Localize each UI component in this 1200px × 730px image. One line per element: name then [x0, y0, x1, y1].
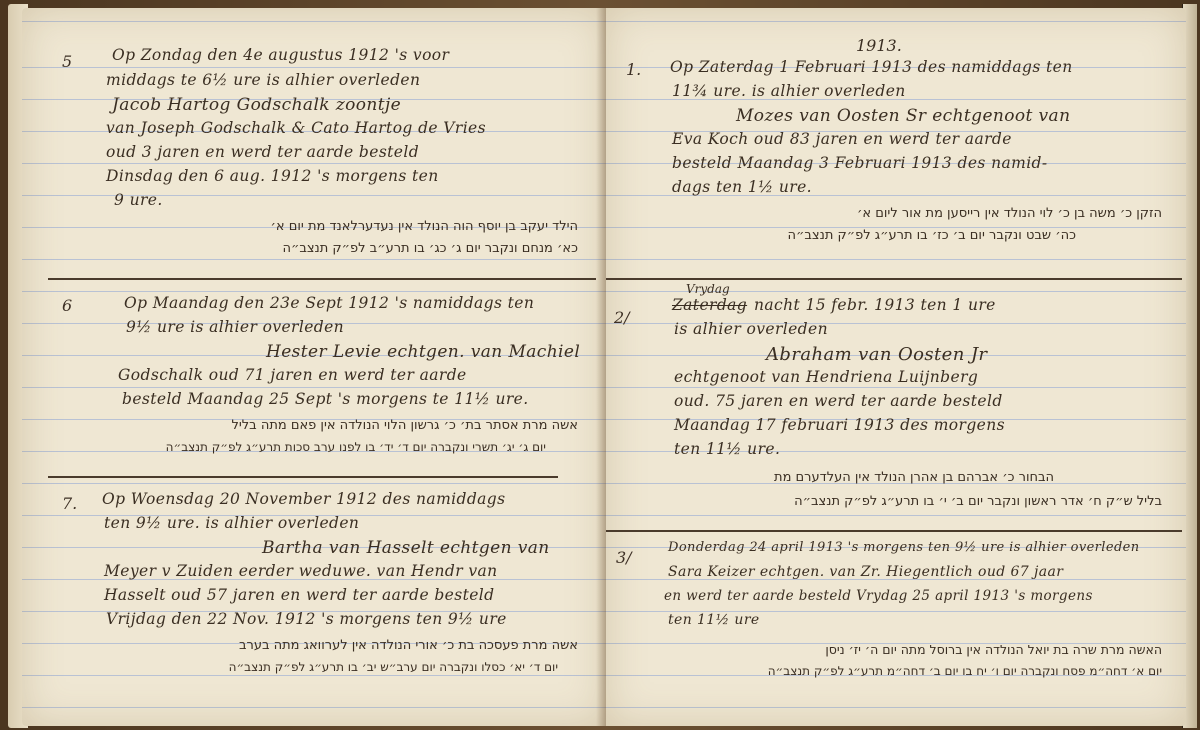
entry-line: Mozes van Oosten Sr echtgenoot van [736, 106, 1070, 126]
entry-line: Abraham van Oosten Jr [766, 344, 987, 365]
hebrew-line: הבחור כ׳ אברהם בן אהרן הנולד אין העלדערם… [774, 470, 1054, 485]
entry-line: ten 11½ ure. [674, 440, 780, 458]
entry-divider [48, 278, 596, 280]
entry-line: Op Zaterdag 1 Februari 1913 des namiddag… [670, 58, 1073, 76]
entry-line: is alhier overleden [674, 320, 828, 338]
hebrew-line: כא׳ מנחם ונקבר יום ג׳ כג׳ בו תרע״ב לפ״ק … [282, 241, 578, 256]
entry-divider [606, 278, 1182, 280]
entry-line: oud. 75 jaren en werd ter aarde besteld [674, 392, 1003, 410]
entry-line: Meyer v Zuiden eerder weduwe. van Hendr … [104, 562, 498, 580]
entry-divider [48, 476, 558, 478]
hebrew-line: יום א׳ דחה״מ פסח ונקברה יום ו׳ יח בו יום… [768, 664, 1162, 678]
entry-line: ten 11½ ure [668, 612, 760, 628]
right-page: 1913. 1. Op Zaterdag 1 Februari 1913 des… [606, 8, 1186, 726]
hebrew-line: האשה מרת שרה בת יואל הנולדה אין ברוסל מת… [825, 642, 1162, 657]
entry-line: nacht 15 febr. 1913 ten 1 ure [754, 296, 996, 314]
hebrew-line: כה׳ שבט ונקבר יום ב׳ כז׳ בו תרע״ג לפ״ק ת… [788, 228, 1076, 243]
entry-divider [606, 530, 1182, 532]
entry-line: 9½ ure is alhier overleden [126, 318, 344, 336]
entry-number: 1. [626, 60, 641, 79]
entry-line: Dinsdag den 6 aug. 1912 's morgens ten [106, 167, 439, 185]
entry-number: 7. [62, 494, 77, 513]
entry-number: 3/ [616, 548, 632, 567]
entry-line: Hester Levie echtgen. van Machiel [266, 342, 580, 362]
entry-line: Maandag 17 februari 1913 des morgens [674, 416, 1005, 434]
entry-line: Op Zondag den 4e augustus 1912 's voor [112, 46, 449, 64]
hebrew-line: הזקן כ׳ משה בן כ׳ לוי הנולד אין רייסען מ… [857, 206, 1162, 221]
entry-number: 5 [62, 52, 72, 71]
hebrew-line: יום ג׳ יג׳ תשרי ונקברה יום ד׳ יד׳ בו לפנ… [166, 440, 546, 454]
struck-word: Zaterdag [672, 296, 747, 314]
hebrew-line: אשה מרת פעסכה בת כ׳ אורי הנולדה אין לערו… [239, 638, 578, 653]
entry-line: oud 3 jaren en werd ter aarde besteld [106, 143, 419, 161]
entry-line: besteld Maandag 25 Sept 's morgens te 11… [122, 390, 529, 408]
entry-line: Godschalk oud 71 jaren en werd ter aarde [118, 366, 467, 384]
entry-line: van Joseph Godschalk & Cato Hartog de Vr… [106, 119, 486, 137]
entry-line: en werd ter aarde besteld Vrydag 25 apri… [664, 588, 1093, 604]
entry-line: Op Woensdag 20 November 1912 des namidda… [102, 490, 505, 508]
entry-line: Donderdag 24 april 1913 's morgens ten 9… [668, 540, 1140, 555]
hebrew-line: הילד יעקב בן יוסף הוה הנולד אין נעדערלאנ… [271, 219, 578, 234]
entry-line: Vrijdag den 22 Nov. 1912 's morgens ten … [106, 610, 507, 628]
entry-line: Hasselt oud 57 jaren en werd ter aarde b… [104, 586, 494, 604]
entry-line: Eva Koch oud 83 jaren en werd ter aarde [672, 130, 1012, 148]
entry-line: 11¾ ure. is alhier overleden [672, 82, 906, 100]
entry-line: Sara Keizer echtgen. van Zr. Hiegentlich… [668, 564, 1063, 580]
entry-line: 9 ure. [114, 191, 163, 209]
year-heading: 1913. [856, 36, 902, 55]
hebrew-line: בליל ש״ק ח׳ אדר ראשון ונקבר יום ב׳ י׳ בו… [794, 494, 1162, 509]
hebrew-line: יום ד׳ יא׳ כסלו ונקברה יום ערב״ש יב׳ בו … [229, 660, 558, 674]
entry-line: besteld Maandag 3 Februari 1913 des nami… [672, 154, 1048, 172]
entry-line: ten 9½ ure. is alhier overleden [104, 514, 359, 532]
entry-line: Bartha van Hasselt echtgen van [262, 538, 550, 558]
correction-text: Vrydag [686, 282, 730, 296]
entry-line: Op Maandag den 23e Sept 1912 's namiddag… [124, 294, 534, 312]
entry-number: 2/ [614, 308, 630, 327]
entry-line: echtgenoot van Hendriena Luijnberg [674, 368, 978, 386]
hebrew-line: אשה מרת אסתר בת׳ כ׳ גרשון הלוי הנולדה אי… [232, 418, 579, 433]
entry-line: middags te 6½ ure is alhier overleden [106, 71, 420, 89]
left-page: 5 Op Zondag den 4e augustus 1912 's voor… [22, 8, 606, 726]
entry-line: dags ten 1½ ure. [672, 178, 812, 196]
entry-number: 6 [62, 296, 72, 315]
entry-line: Jacob Hartog Godschalk zoontje [112, 95, 401, 115]
